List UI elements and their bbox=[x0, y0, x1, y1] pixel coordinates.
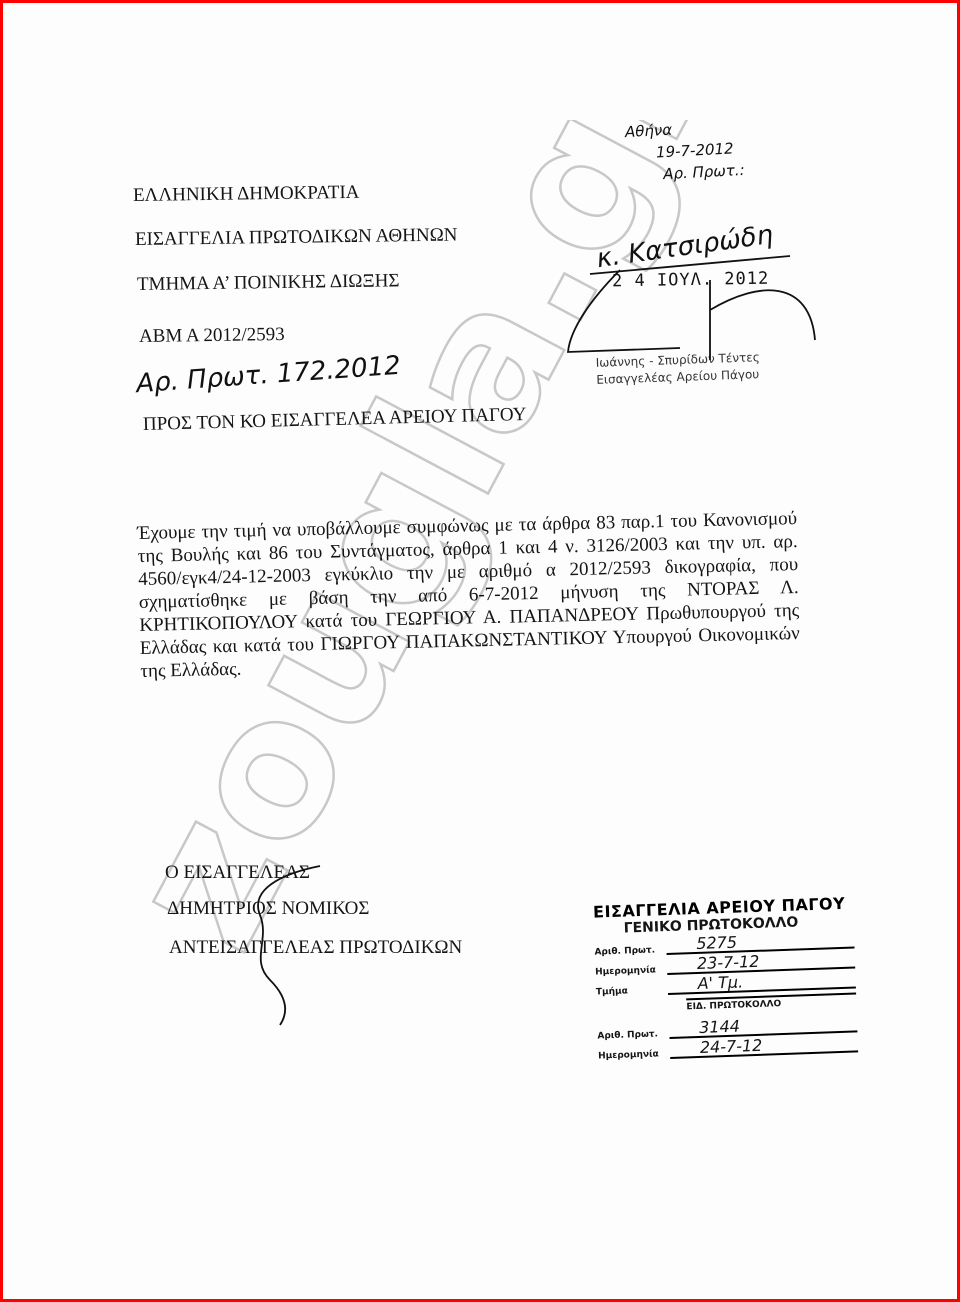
signature-role: Ο ΕΙΣΑΓΓΕΛΕΑΣ bbox=[165, 862, 310, 884]
header-case-number: ΑΒΜ Α 2012/2593 bbox=[139, 324, 285, 348]
letter-body: Έχουμε την τιμή να υποβάλλουμε συμφώνως … bbox=[137, 507, 800, 683]
handwritten-date-note: Αθήνα 19-7-2012 Αρ. Πρωτ.: bbox=[624, 115, 745, 187]
registry-stamp: ΕΙΣΑΓΓΕΛΙΑ ΑΡΕΙΟΥ ΠΑΓΟΥ ΓΕΝΙΚΟ ΠΡΩΤΟΚΟΛΛ… bbox=[593, 894, 859, 1093]
header-republic: ΕΛΛΗΝΙΚΗ ΔΗΜΟΚΡΑΤΙΑ bbox=[133, 182, 360, 207]
prosecutor-stamp: Ιωάννης - Σπυρίδων Τέντες Εισαγγελέας Αρ… bbox=[595, 349, 760, 389]
note-protocol: Αρ. Πρωτ.: bbox=[663, 159, 746, 185]
received-date-stamp: 2 4 ΙΟΥΛ. 2012 bbox=[612, 269, 770, 292]
header-prosecution-office: ΕΙΣΑΓΓΕΛΙΑ ΠΡΩΤΟΔΙΚΩΝ ΑΘΗΝΩΝ bbox=[135, 224, 458, 251]
header-department: ΤΜΗΜΑ Α’ ΠΟΙΝΙΚΗΣ ΔΙΩΞΗΣ bbox=[137, 270, 400, 296]
signature-name: ΔΗΜΗΤΡΙΟΣ ΝΟΜΙΚΟΣ bbox=[167, 898, 369, 920]
signature-title: ΑΝΤΕΙΣΑΓΓΕΛΕΑΣ ΠΡΩΤΟΔΙΚΩΝ bbox=[169, 937, 462, 959]
body-paragraph: Έχουμε την τιμή να υποβάλλουμε συμφώνως … bbox=[137, 507, 800, 683]
registry-special-protocol: ΕΙΔ. ΠΡΩΤΟΚΟΛΛΟ bbox=[686, 992, 856, 1012]
